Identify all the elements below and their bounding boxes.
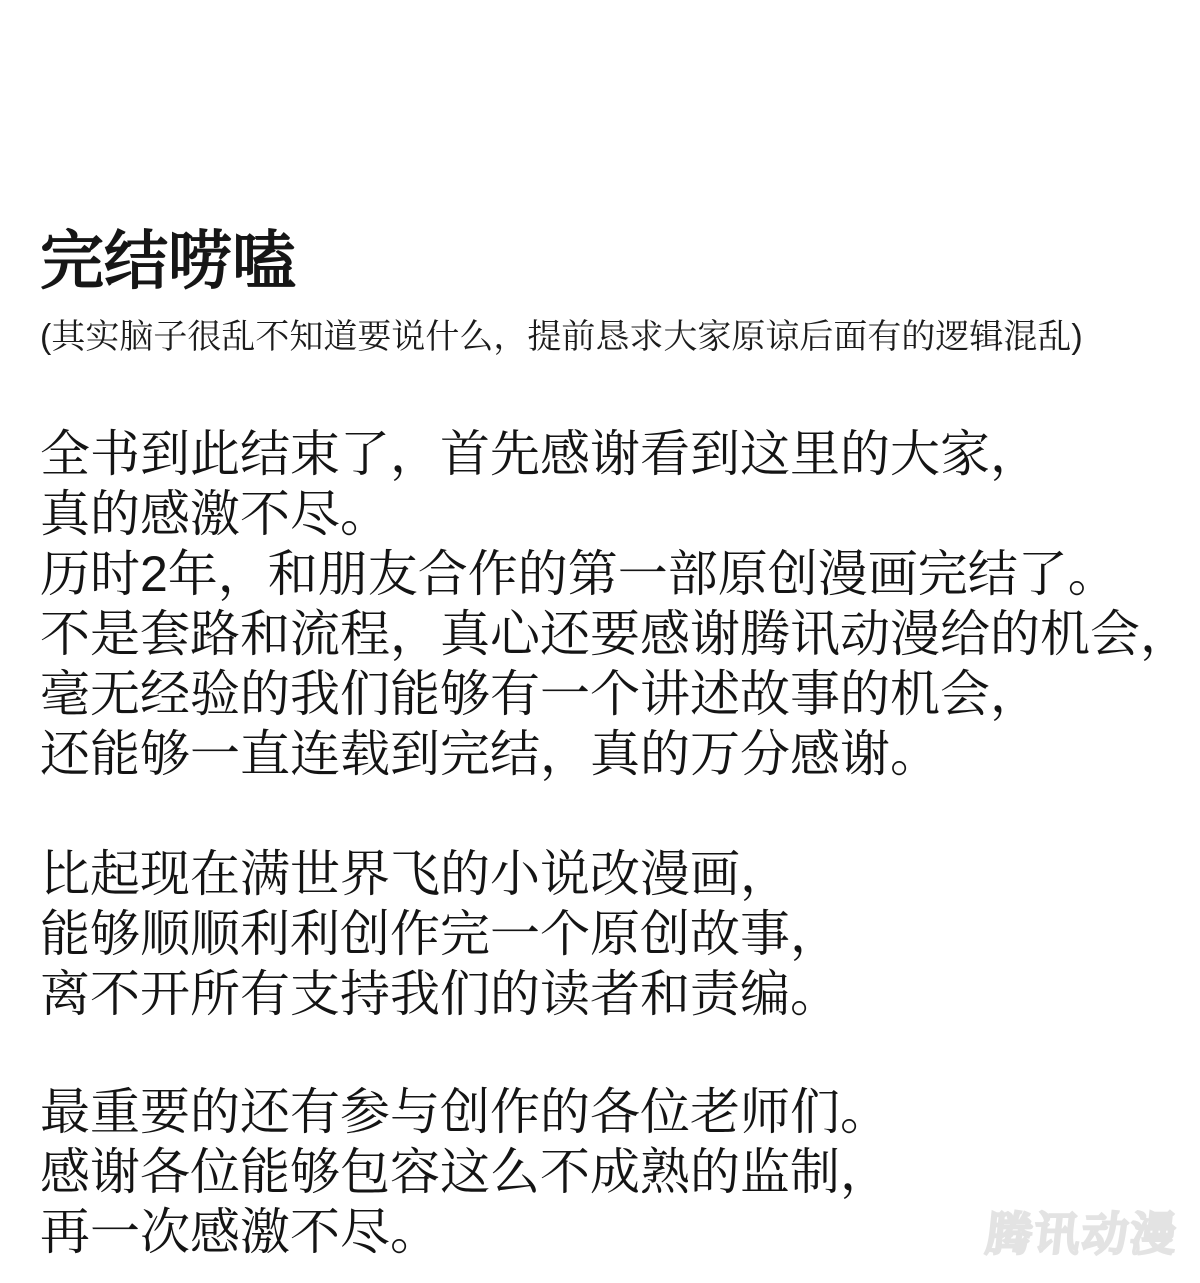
text-line: 历时2年，和朋友合作的第一部原创漫画完结了。 [40, 544, 1190, 604]
comic-afterword-page: 完结唠嗑 (其实脑子很乱不知道要说什么，提前恳求大家原谅后面有的逻辑混乱) 全书… [0, 0, 1200, 1283]
tencent-comics-watermark-logo: 腾讯动漫 [983, 1208, 1180, 1260]
text-line: 不是套路和流程，真心还要感谢腾讯动漫给的机会， [40, 604, 1190, 664]
text-line: 真的感激不尽。 [40, 484, 1190, 544]
text-line: 全书到此结束了，首先感谢看到这里的大家， [40, 424, 1190, 484]
text-line: 还能够一直连载到完结，真的万分感谢。 [40, 724, 1190, 784]
text-line: 感谢各位能够包容这么不成熟的监制， [40, 1142, 890, 1202]
text-line: 比起现在满世界飞的小说改漫画， [40, 844, 840, 904]
subtitle-note: (其实脑子很乱不知道要说什么，提前恳求大家原谅后面有的逻辑混乱) [40, 316, 1083, 359]
text-line: 最重要的还有参与创作的各位老师们。 [40, 1082, 890, 1142]
paragraph-thanks-readers: 全书到此结束了，首先感谢看到这里的大家， 真的感激不尽。 历时2年，和朋友合作的… [40, 424, 1190, 784]
text-line: 能够顺顺利利创作完一个原创故事， [40, 904, 840, 964]
page-title: 完结唠嗑 [40, 226, 296, 296]
text-line: 毫无经验的我们能够有一个讲述故事的机会， [40, 664, 1190, 724]
paragraph-original-story: 比起现在满世界飞的小说改漫画， 能够顺顺利利创作完一个原创故事， 离不开所有支持… [40, 844, 840, 1024]
text-line: 再一次感激不尽。 [40, 1202, 890, 1262]
text-line: 离不开所有支持我们的读者和责编。 [40, 964, 840, 1024]
paragraph-thanks-creators: 最重要的还有参与创作的各位老师们。 感谢各位能够包容这么不成熟的监制， 再一次感… [40, 1082, 890, 1262]
